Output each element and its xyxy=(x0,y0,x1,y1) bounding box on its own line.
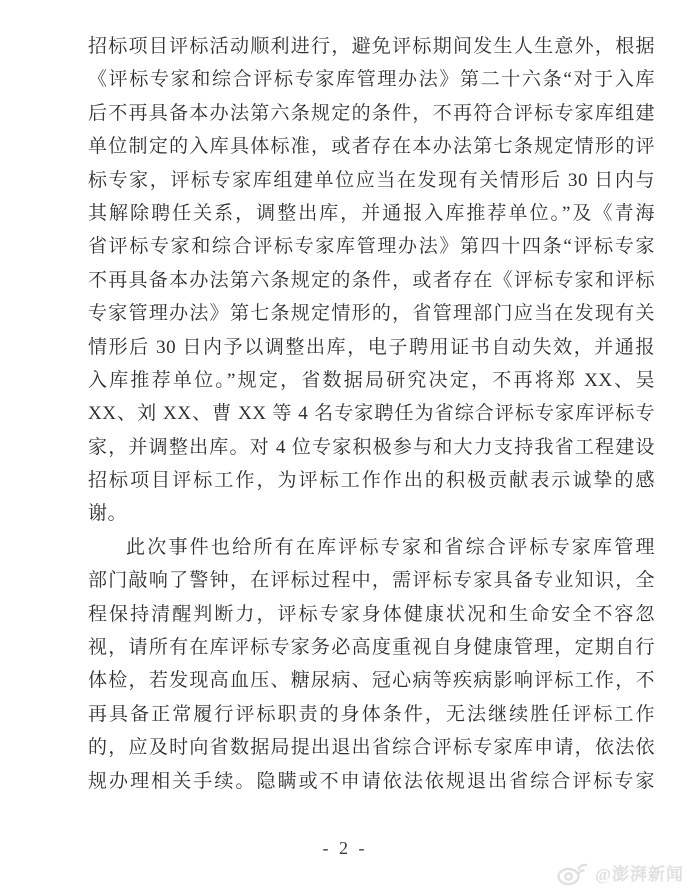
text-line: 程保持清醒判断力，评标专家身体健康状况和生命安全不容忽 xyxy=(88,598,655,631)
weibo-icon xyxy=(556,858,590,886)
document-page: 招标项目评标活动顺利进行，避免评标期间发生人生意外，根据《评标专家和综合评标专家… xyxy=(0,0,690,894)
text-line: XX、刘 XX、曹 XX 等 4 名专家聘任为省综合评标专家库评标专 xyxy=(88,397,655,430)
text-line: 情形后 30 日内予以调整出库，电子聘用证书自动失效，并通报 xyxy=(88,331,655,364)
text-line: 规办理相关手续。隐瞒或不申请依法依规退出省综合评标专家 xyxy=(88,765,655,798)
text-line: 《评标专家和综合评标专家库管理办法》第二十六条“对于入库 xyxy=(88,63,655,96)
text-line: 谢。 xyxy=(88,497,655,530)
text-line: 的，应及时向省数据局提出退出省综合评标专家库申请，依法依 xyxy=(88,731,655,764)
document-body: 招标项目评标活动顺利进行，避免评标期间发生人生意外，根据《评标专家和综合评标专家… xyxy=(88,30,655,798)
text-line: 省评标专家和综合评标专家库管理办法》第四十四条“评标专家 xyxy=(88,230,655,263)
text-line: 入库推荐单位。”规定，省数据局研究决定，不再将郑 XX、吴 xyxy=(88,364,655,397)
text-line: 不再具备本办法第六条规定的条件，或者存在《评标专家和评标 xyxy=(88,264,655,297)
text-line: 后不再具备本办法第六条规定的条件，不再符合评标专家库组建 xyxy=(88,97,655,130)
text-line: 其解除聘任关系，调整出库，并通报入库推荐单位。”及《青海 xyxy=(88,197,655,230)
text-line: 专家管理办法》第七条规定情形的，省管理部门应当在发现有关 xyxy=(88,297,655,330)
watermark: @澎湃新闻 xyxy=(556,858,684,886)
text-line: 体检，若发现高血压、糖尿病、冠心病等疾病影响评标工作，不 xyxy=(88,664,655,697)
text-line: 此次事件也给所有在库评标专家和省综合评标专家库管理 xyxy=(88,531,655,564)
paragraph: 招标项目评标活动顺利进行，避免评标期间发生人生意外，根据《评标专家和综合评标专家… xyxy=(88,30,655,531)
text-line: 招标项目评标工作，为评标工作作出的积极贡献表示诚挚的感 xyxy=(88,464,655,497)
paragraph: 此次事件也给所有在库评标专家和省综合评标专家库管理部门敲响了警钟，在评标过程中，… xyxy=(88,531,655,798)
text-line: 再具备正常履行评标职责的身体条件，无法继续胜任评标工作 xyxy=(88,698,655,731)
text-line: 单位制定的入库具体标准，或者存在本办法第七条规定情形的评 xyxy=(88,130,655,163)
text-line: 招标项目评标活动顺利进行，避免评标期间发生人生意外，根据 xyxy=(88,30,655,63)
watermark-text: @澎湃新闻 xyxy=(595,860,684,885)
text-line: 视，请所有在库评标专家务必高度重视自身健康管理，定期自行 xyxy=(88,631,655,664)
text-line: 部门敲响了警钟，在评标过程中，需评标专家具备专业知识，全 xyxy=(88,564,655,597)
text-line: 家，并调整出库。对 4 位专家积极参与和大力支持我省工程建设 xyxy=(88,431,655,464)
page-number: - 2 - xyxy=(0,838,690,859)
text-line: 标专家，评标专家库组建单位应当在发现有关情形后 30 日内与 xyxy=(88,164,655,197)
